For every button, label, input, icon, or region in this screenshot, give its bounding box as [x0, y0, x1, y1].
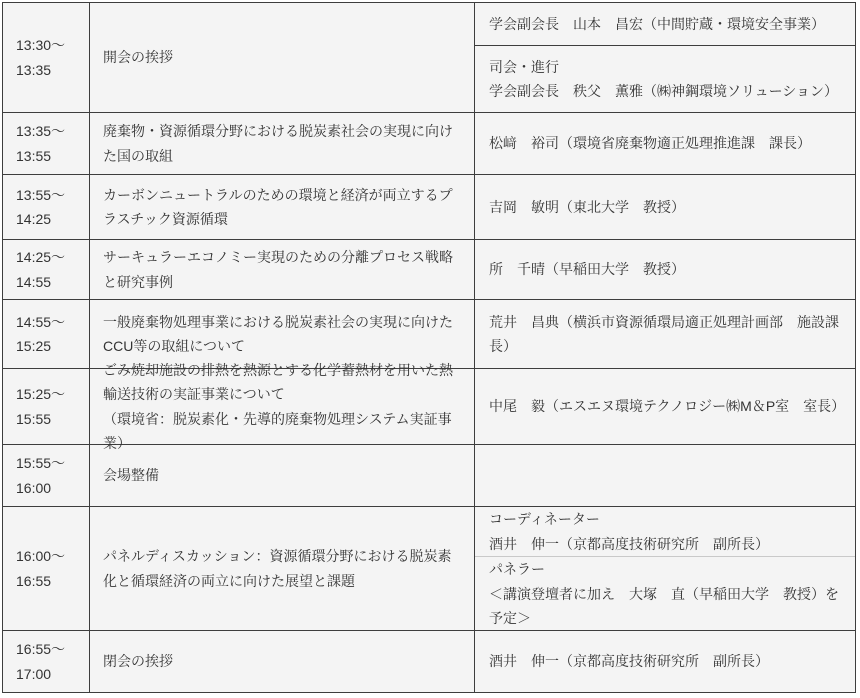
speaker-cell: 吉岡 敏明（東北大学 教授）: [475, 175, 855, 239]
session-title-cell: 会場整備: [90, 445, 475, 506]
schedule-row: 15:25～ 15:55 ごみ焼却施設の排熱を熱源とする化学蓄熱材を用いた熱輸送…: [3, 369, 855, 445]
time-cell: 14:25～ 14:55: [3, 240, 90, 299]
schedule-row-opening: 13:30～ 13:35 開会の挨拶 学会副会長 山本 昌宏（中間貯蔵・環境安全…: [3, 3, 855, 113]
speaker-cell: 所 千晴（早稲田大学 教授）: [475, 240, 855, 299]
time-cell: 15:25～ 15:55: [3, 369, 90, 444]
schedule-row: 13:35～ 13:55 廃棄物・資源循環分野における脱炭素社会の実現に向けた国…: [3, 113, 855, 175]
speaker-cell: 中尾 毅（エスエヌ環境テクノロジー㈱M＆P室 室長）: [475, 369, 855, 444]
time-cell: 13:30～ 13:35: [3, 3, 90, 112]
speaker-cell-empty: [475, 445, 855, 506]
speaker-cell: 学会副会長 山本 昌宏（中間貯蔵・環境安全事業）: [475, 3, 855, 46]
time-cell: 13:55～ 14:25: [3, 175, 90, 239]
session-title-cell: カーボンニュートラルのための環境と経済が両立するプラスチック資源循環: [90, 175, 475, 239]
speaker-cell: 酒井 伸一（京都高度技術研究所 副所長）: [475, 631, 855, 692]
speaker-cell: 荒井 昌典（横浜市資源循環局適正処理計画部 施設課長）: [475, 300, 855, 368]
schedule-row: 13:55～ 14:25 カーボンニュートラルのための環境と経済が両立するプラス…: [3, 175, 855, 240]
schedule-row: 14:25～ 14:55 サーキュラーエコノミー実現のための分離プロセス戦略と研…: [3, 240, 855, 300]
session-title-cell: パネルディスカッション：資源循環分野における脱炭素化と循環経済の両立に向けた展望…: [90, 507, 475, 630]
speaker-cell-group: コーディネーター 酒井 伸一（京都高度技術研究所 副所長） パネラー ＜講演登壇…: [475, 507, 855, 630]
speaker-cell: 松﨑 裕司（環境省廃棄物適正処理推進課 課長）: [475, 113, 855, 174]
session-title-cell: ごみ焼却施設の排熱を熱源とする化学蓄熱材を用いた熱輸送技術の実証事業について （…: [90, 369, 475, 444]
time-cell: 16:55～ 17:00: [3, 631, 90, 692]
time-cell: 16:00～ 16:55: [3, 507, 90, 630]
panelist-cell: パネラー ＜講演登壇者に加え 大塚 直（早稲田大学 教授）を予定＞: [475, 557, 855, 631]
coordinator-cell: コーディネーター 酒井 伸一（京都高度技術研究所 副所長）: [475, 507, 855, 557]
schedule-row-closing: 16:55～ 17:00 閉会の挨拶 酒井 伸一（京都高度技術研究所 副所長）: [3, 631, 855, 692]
time-cell: 14:55～ 15:25: [3, 300, 90, 368]
session-title-cell: 開会の挨拶: [90, 3, 475, 112]
time-cell: 15:55～ 16:00: [3, 445, 90, 506]
speaker-cell-group: 学会副会長 山本 昌宏（中間貯蔵・環境安全事業） 司会・進行 学会副会長 秩父 …: [475, 3, 855, 112]
session-title-cell: サーキュラーエコノミー実現のための分離プロセス戦略と研究事例: [90, 240, 475, 299]
session-title-cell: 廃棄物・資源循環分野における脱炭素社会の実現に向けた国の取組: [90, 113, 475, 174]
schedule-row-panel-discussion: 16:00～ 16:55 パネルディスカッション：資源循環分野における脱炭素化と…: [3, 507, 855, 631]
time-cell: 13:35～ 13:55: [3, 113, 90, 174]
session-title-cell: 閉会の挨拶: [90, 631, 475, 692]
program-table: 13:30～ 13:35 開会の挨拶 学会副会長 山本 昌宏（中間貯蔵・環境安全…: [2, 2, 856, 693]
moderator-cell: 司会・進行 学会副会長 秩父 薫雅（㈱神鋼環境ソリューション）: [475, 46, 855, 112]
schedule-row-venue-prep: 15:55～ 16:00 会場整備: [3, 445, 855, 507]
